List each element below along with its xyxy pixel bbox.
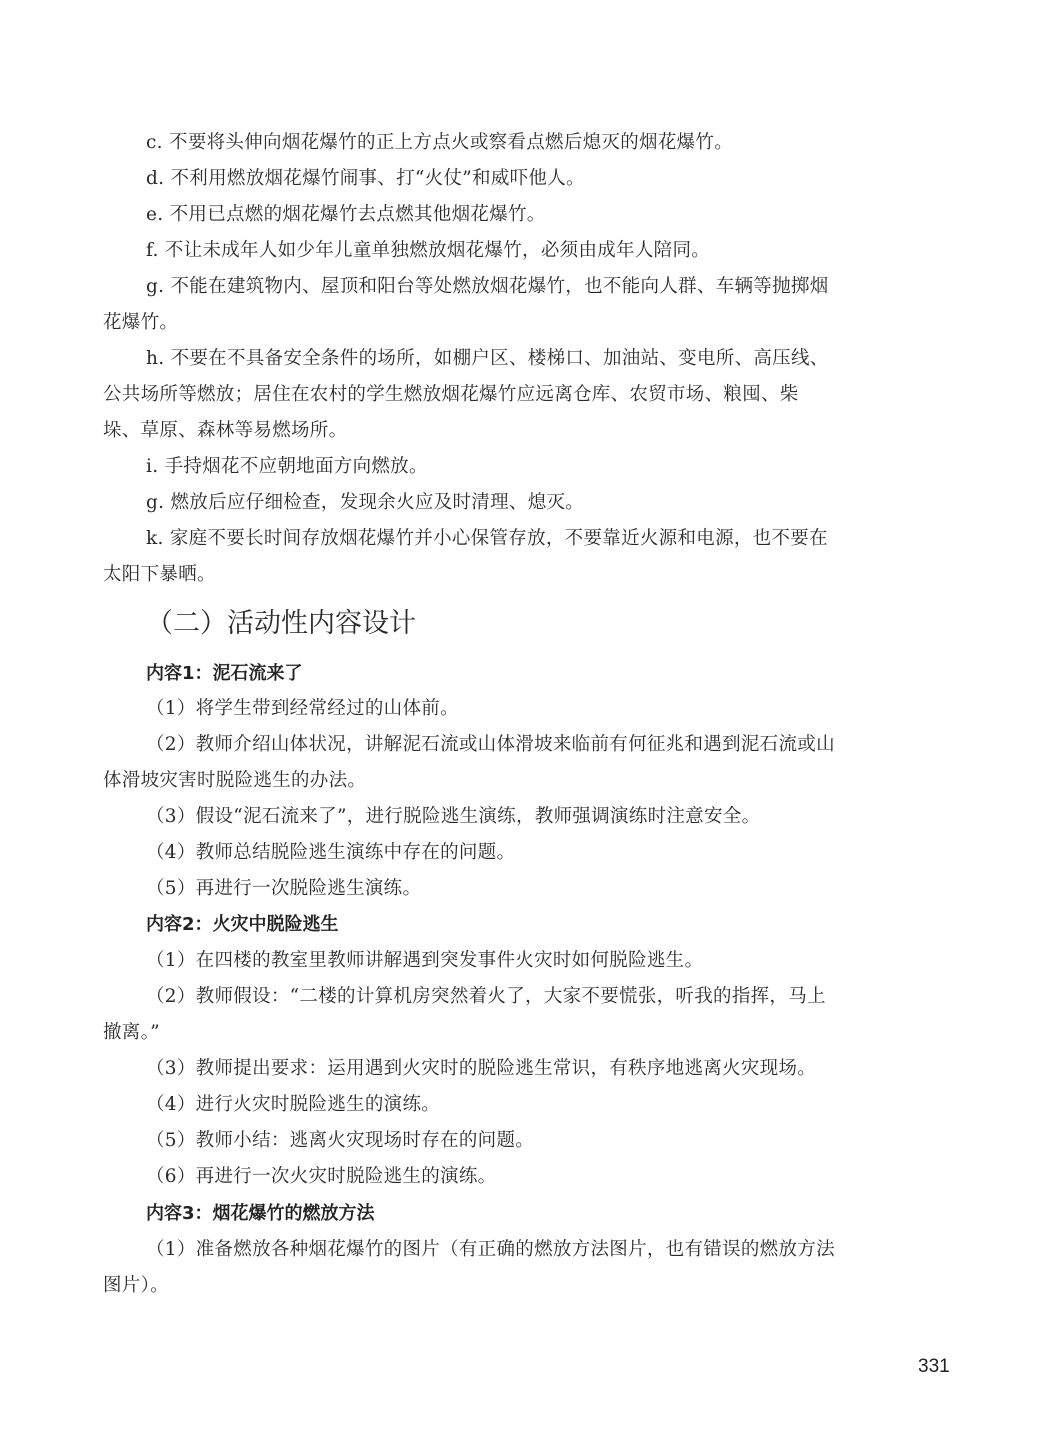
rule-k: k. 家庭不要长时间存放烟花爆竹并小心保管存放，不要靠近火源和电源，也不要在: [146, 521, 828, 557]
activity-2-title: 内容2：火灾中脱险逃生: [146, 907, 339, 943]
rule-h-cont-1: 公共场所等燃放；居住在农村的学生燃放烟花爆竹应远离仓库、农贸市场、粮囤、柴: [103, 377, 799, 413]
activity-3-step-1: （1）准备燃放各种烟花爆竹的图片（有正确的燃放方法图片，也有错误的燃放方法: [146, 1232, 835, 1268]
section-heading: （二）活动性内容设计: [146, 604, 416, 644]
activity-2-step-3: （3）教师提出要求：运用遇到火灾时的脱险逃生常识，有秩序地逃离火灾现场。: [146, 1051, 816, 1087]
activity-2-step-6: （6）再进行一次火灾时脱险逃生的演练。: [146, 1159, 496, 1195]
activity-1-step-1: （1）将学生带到经常经过的山体前。: [146, 691, 459, 727]
activity-2-step-4: （4）进行火灾时脱险逃生的演练。: [146, 1087, 440, 1123]
activity-2-step-5: （5）教师小结：逃离火灾现场时存在的问题。: [146, 1123, 534, 1159]
activity-1-title: 内容1：泥石流来了: [146, 656, 303, 692]
rule-k-cont: 太阳下暴晒。: [103, 557, 216, 593]
rule-g: g. 不能在建筑物内、屋顶和阳台等处燃放烟花爆竹，也不能向人群、车辆等抛掷烟: [146, 269, 829, 305]
activity-3-title: 内容3：烟花爆竹的燃放方法: [146, 1196, 375, 1232]
rule-c: c. 不要将头伸向烟花爆竹的正上方点火或察看点燃后熄灭的烟花爆竹。: [146, 125, 733, 161]
rule-g-cont: 花爆竹。: [103, 305, 178, 341]
page-number: 331: [918, 1356, 950, 1378]
activity-2-step-2: （2）教师假设：“二楼的计算机房突然着火了，大家不要慌张，听我的指挥，马上: [146, 979, 826, 1015]
activity-1-step-5: （5）再进行一次脱险逃生演练。: [146, 871, 421, 907]
activity-1-step-4: （4）教师总结脱险逃生演练中存在的问题。: [146, 835, 515, 871]
rule-i: i. 手持烟花不应朝地面方向燃放。: [146, 449, 428, 485]
rule-f: f. 不让未成年人如少年儿童单独燃放烟花爆竹，必须由成年人陪同。: [146, 233, 710, 269]
activity-1-step-2-cont: 体滑坡灾害时脱险逃生的办法。: [103, 763, 366, 799]
rule-h-cont-2: 垛、草原、森林等易燃场所。: [103, 413, 347, 449]
activity-2-step-1: （1）在四楼的教室里教师讲解遇到突发事件火灾时如何脱险逃生。: [146, 943, 703, 979]
rule-d: d. 不利用燃放烟花爆竹闹事、打“火仗”和威吓他人。: [146, 161, 585, 197]
activity-3-step-1-cont: 图片）。: [103, 1268, 169, 1304]
activity-2-step-2-cont: 撤离。”: [103, 1015, 160, 1051]
rule-g2: g. 燃放后应仔细检查，发现余火应及时清理、熄灭。: [146, 485, 584, 521]
rule-h: h. 不要在不具备安全条件的场所，如棚户区、楼梯口、加油站、变电所、高压线、: [146, 341, 829, 377]
activity-1-step-2: （2）教师介绍山体状况，讲解泥石流或山体滑坡来临前有何征兆和遇到泥石流或山: [146, 727, 835, 763]
activity-1-step-3: （3）假设“泥石流来了”，进行脱险逃生演练，教师强调演练时注意安全。: [146, 799, 760, 835]
rule-e: e. 不用已点燃的烟花爆竹去点燃其他烟花爆竹。: [146, 197, 546, 233]
